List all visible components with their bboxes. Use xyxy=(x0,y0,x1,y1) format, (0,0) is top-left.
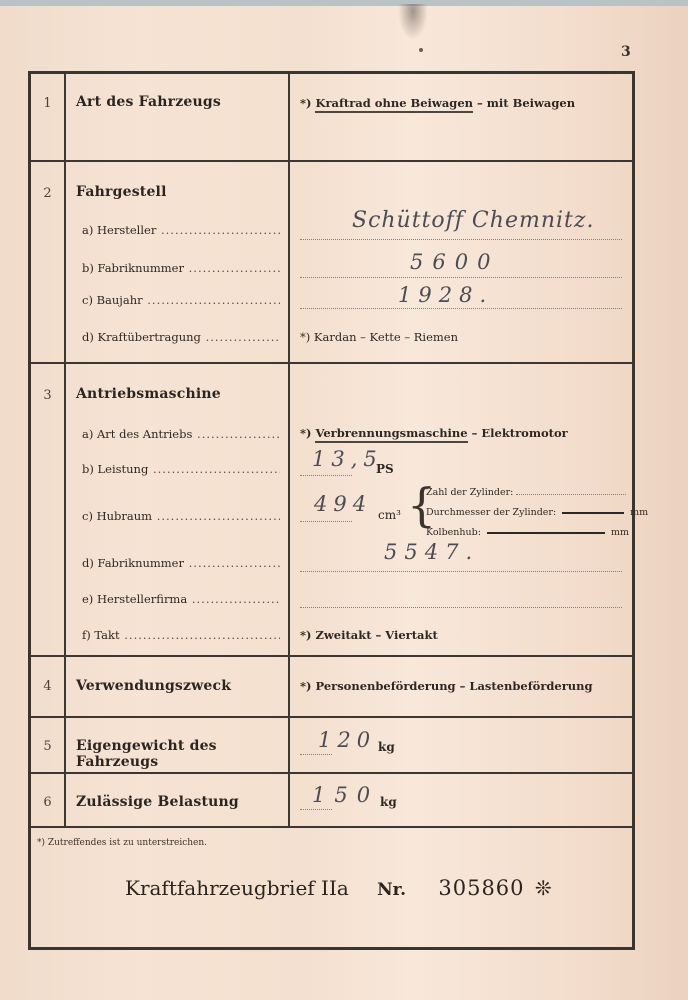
power-unit: PS xyxy=(376,462,394,476)
build-year-value[interactable]: 1928. xyxy=(398,283,493,307)
transmission-choice: *) Kardan – Kette – Riemen xyxy=(300,330,458,344)
row-label: Antriebsmaschine xyxy=(76,386,221,402)
cylinder-diameter: Durchmesser der Zylinder:mm xyxy=(426,507,648,518)
row-permissible-load: 6 Zulässige Belastung 150 kg xyxy=(31,774,632,828)
purpose-choice: *) Personenbeförderung – Lastenbeförderu… xyxy=(300,679,593,693)
document-id: Kraftfahrzeugbrief IIa Nr. 305860 ❊ xyxy=(125,876,574,900)
row-vehicle-type: 1 Art des Fahrzeugs *) Kraftrad ohne Bei… xyxy=(31,74,632,162)
row-chassis: 2 Fahrgestell a) Hersteller b) Fabriknum… xyxy=(31,162,632,364)
curb-weight-unit: kg xyxy=(378,740,395,754)
form-footer: *) Zutreffendes ist zu unterstreichen. K… xyxy=(31,828,632,947)
field-label-manufacturer: a) Hersteller xyxy=(82,223,280,237)
number-label: Nr. xyxy=(377,880,406,900)
ink-stain xyxy=(398,4,428,40)
row-number: 6 xyxy=(31,795,64,810)
power-value[interactable]: 13,5 xyxy=(312,447,383,471)
row-number: 3 xyxy=(31,388,64,403)
row-curb-weight: 5 Eigengewicht des Fahrzeugs 120 kg xyxy=(31,718,632,774)
serial-number: 305860 xyxy=(438,876,524,900)
engine-number-value[interactable]: 5547. xyxy=(384,540,479,564)
ornament-icon: ❊ xyxy=(535,876,552,900)
row-label: Art des Fahrzeugs xyxy=(76,94,221,110)
row-label: Zulässige Belastung xyxy=(76,794,239,810)
stroke-cycle-choice: *) Zweitakt – Viertakt xyxy=(300,628,438,642)
ink-dot xyxy=(419,48,423,52)
selected-option: Verbrennungsmaschine xyxy=(315,426,467,443)
scan-edge xyxy=(0,0,688,6)
row-label: Eigengewicht des Fahrzeugs xyxy=(76,738,288,770)
row-engine: 3 Antriebsmaschine a) Art des Antriebs b… xyxy=(31,364,632,657)
vehicle-type-choice: *) Kraftrad ohne Beiwagen – mit Beiwagen xyxy=(300,96,575,110)
field-label-serial-number: b) Fabriknummer xyxy=(82,261,280,275)
row-label: Fahrgestell xyxy=(76,184,167,200)
field-label-stroke-cycle: f) Takt xyxy=(82,628,280,642)
field-label-drive-type: a) Art des Antriebs xyxy=(82,427,280,441)
piston-stroke: Kolbenhub:mm xyxy=(426,527,629,538)
row-number: 4 xyxy=(31,679,64,694)
permissible-load-value[interactable]: 150 xyxy=(312,783,379,807)
field-label-transmission: d) Kraftübertragung xyxy=(82,330,280,344)
permissible-load-unit: kg xyxy=(380,795,397,809)
curb-weight-value[interactable]: 120 xyxy=(318,728,376,752)
row-number: 2 xyxy=(31,186,64,201)
footnote: *) Zutreffendes ist zu unterstreichen. xyxy=(37,838,207,848)
manufacturer-value[interactable]: Schüttoff Chemnitz. xyxy=(352,208,594,233)
field-label-engine-number: d) Fabriknummer xyxy=(82,556,280,570)
row-number: 5 xyxy=(31,739,64,754)
row-label: Verwendungszweck xyxy=(76,678,231,694)
cylinder-count: Zahl der Zylinder: xyxy=(426,487,626,498)
field-label-power: b) Leistung xyxy=(82,462,280,476)
chassis-number-value[interactable]: 5600 xyxy=(410,250,499,274)
vehicle-registration-form: 1 Art des Fahrzeugs *) Kraftrad ohne Bei… xyxy=(28,71,635,950)
displacement-unit: cm³ xyxy=(378,508,401,522)
drive-type-choice: *) Verbrennungsmaschine – Elektromotor xyxy=(300,426,568,440)
row-number: 1 xyxy=(31,96,64,111)
document-type: Kraftfahrzeugbrief IIa xyxy=(125,876,349,900)
field-label-engine-manufacturer: e) Herstellerfirma xyxy=(82,592,280,606)
row-purpose: 4 Verwendungszweck *) Personenbeförderun… xyxy=(31,657,632,718)
displacement-value[interactable]: 494 xyxy=(314,492,372,516)
selected-option: Kraftrad ohne Beiwagen xyxy=(315,96,473,113)
field-label-displacement: c) Hubraum xyxy=(82,509,280,523)
page-number: 3 xyxy=(621,44,631,60)
field-label-build-year: c) Baujahr xyxy=(82,293,280,307)
